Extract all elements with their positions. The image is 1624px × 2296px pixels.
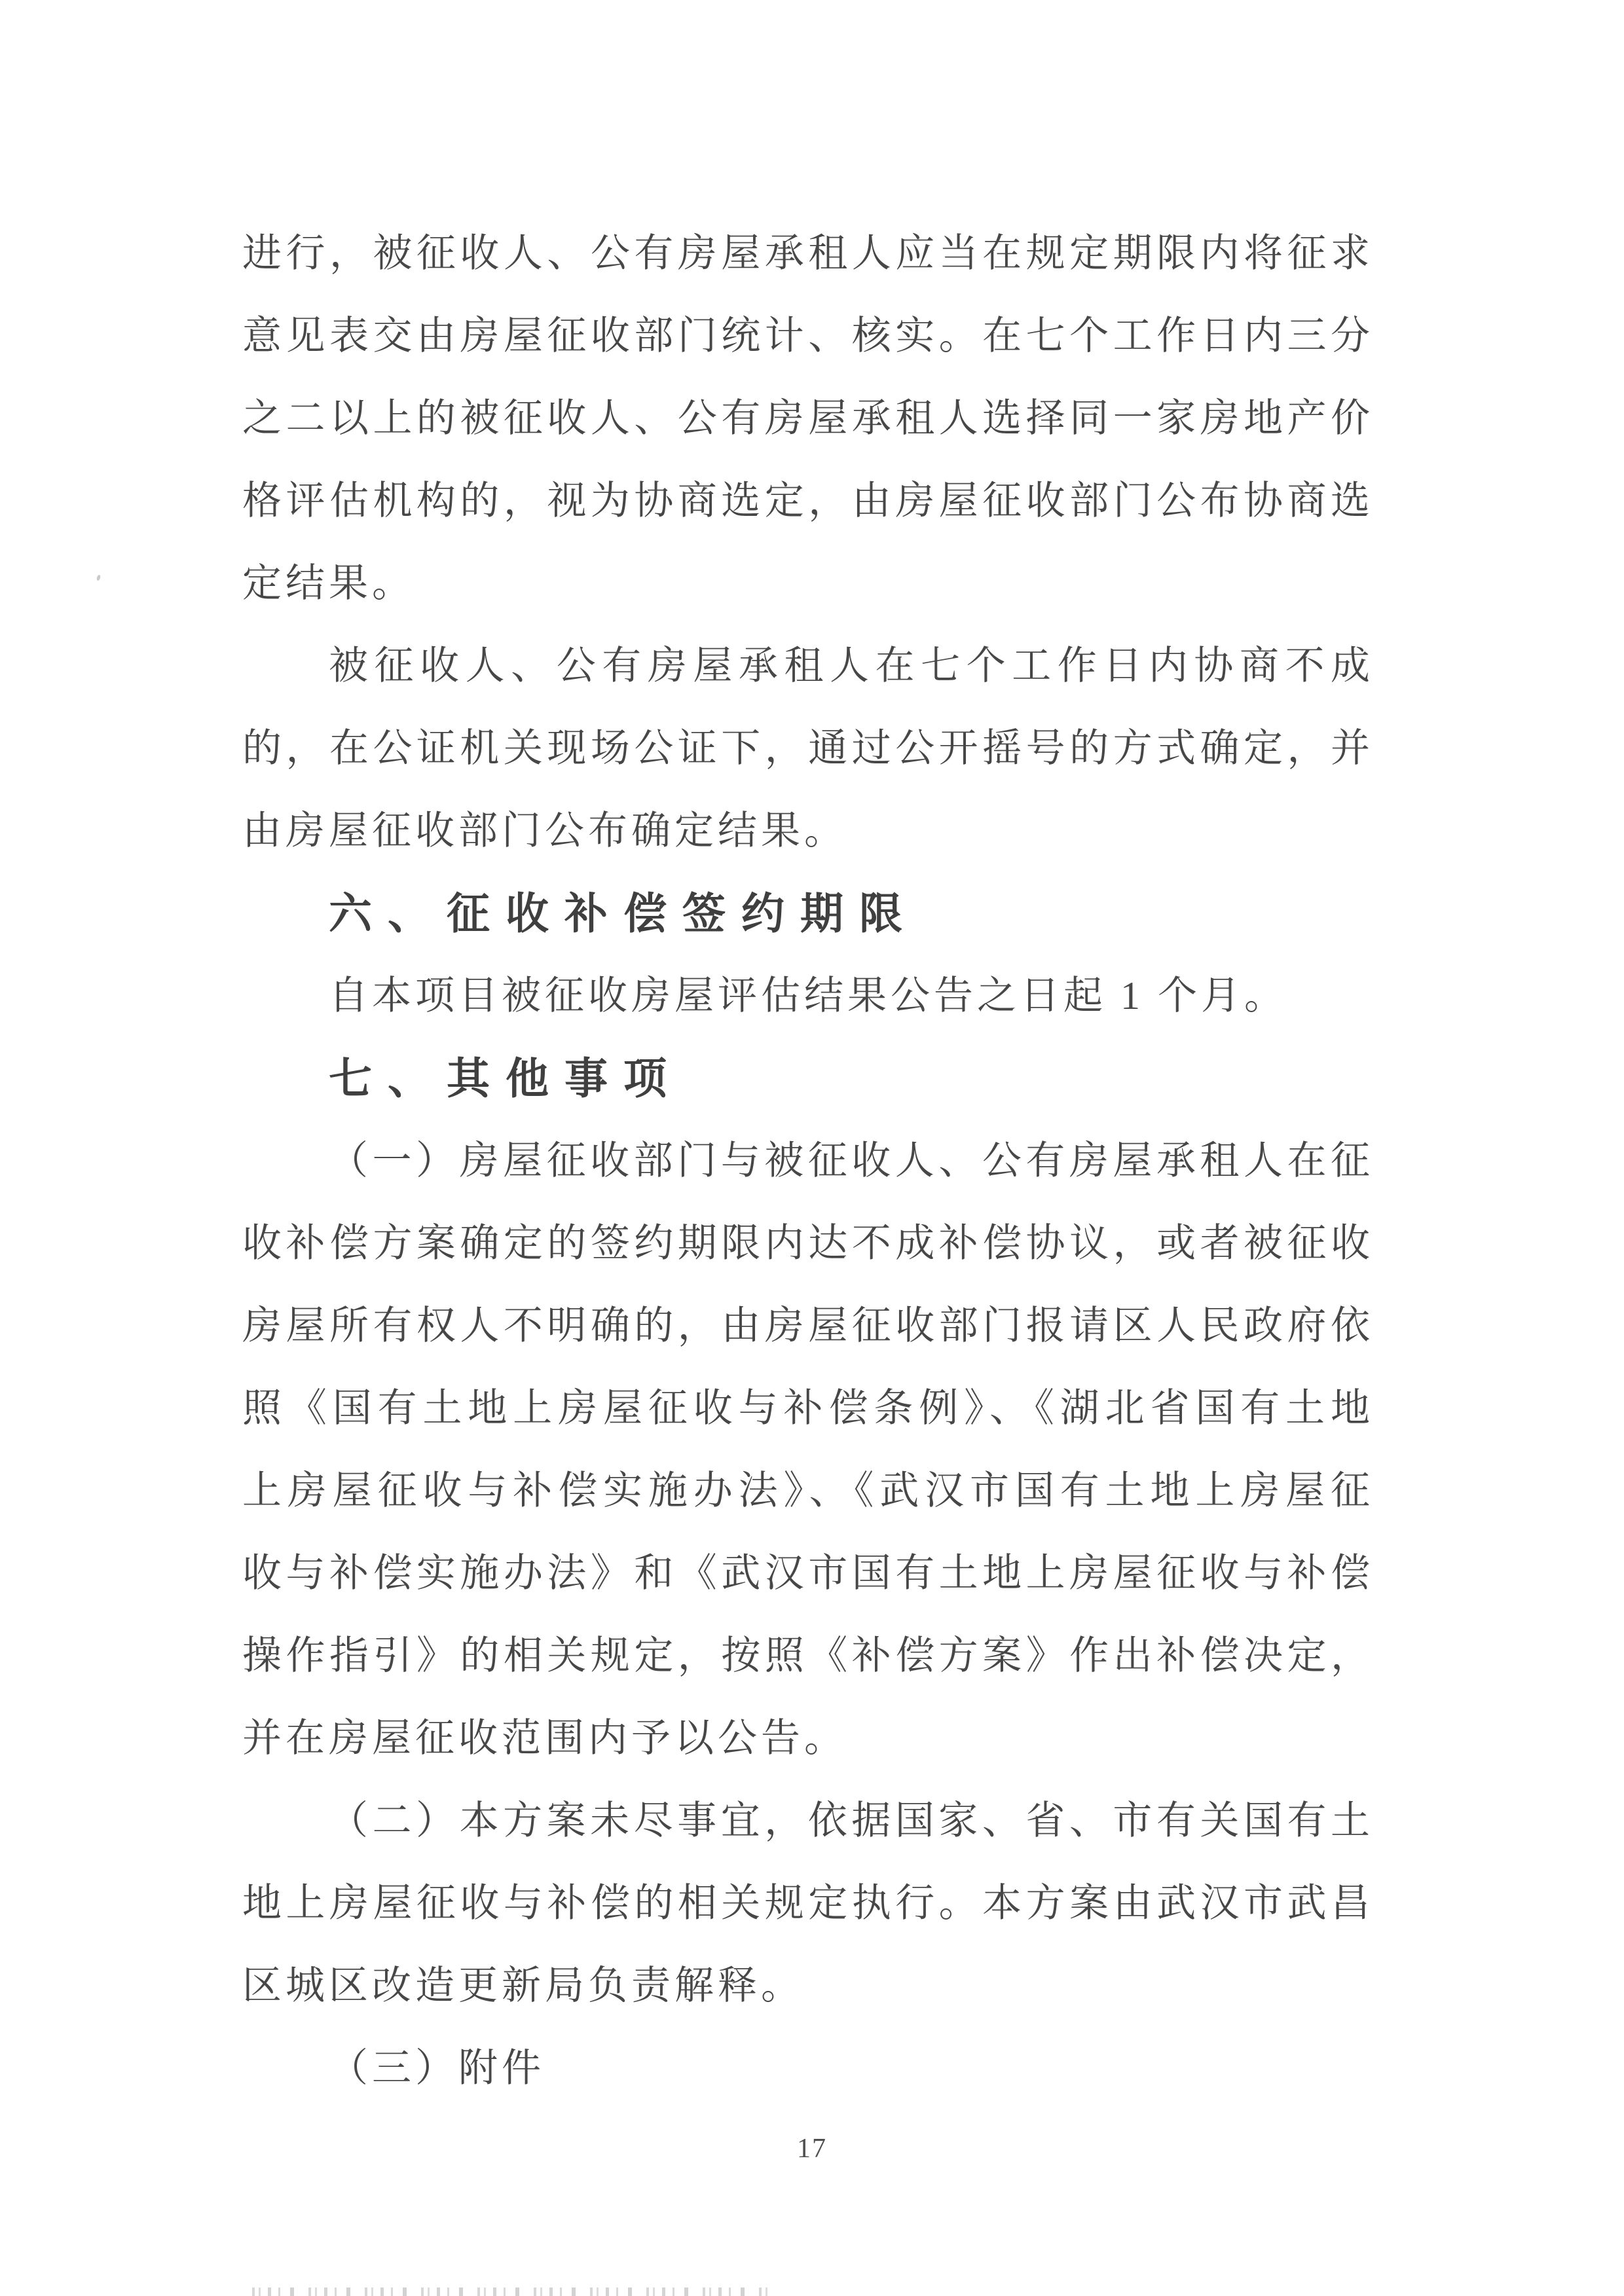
scanned-document-page: 进行，被征收人、公有房屋承租人应当在规定期限内将征求 意见表交由房屋征收部门统计… [0, 0, 1624, 2296]
section-heading: 六、征收补偿签约期限 [242, 872, 1373, 955]
page-number: 17 [0, 2129, 1624, 2168]
text-line: 收与补偿实施办法》和《武汉市国有土地上房屋征收与补偿 [242, 1532, 1373, 1614]
text-line: 进行，被征收人、公有房屋承租人应当在规定期限内将征求 [242, 212, 1373, 295]
text-line: 格评估机构的，视为协商选定，由房屋征收部门公布协商选 [242, 460, 1373, 542]
text-line: 房屋所有权人不明确的，由房屋征收部门报请区人民政府依 [242, 1285, 1373, 1367]
text-line: 自本项目被征收房屋评估结果公告之日起 1 个月。 [242, 955, 1373, 1037]
section-heading: 七、其他事项 [242, 1037, 1373, 1120]
document-text-block: 进行，被征收人、公有房屋承租人应当在规定期限内将征求 意见表交由房屋征收部门统计… [242, 212, 1373, 2109]
text-line: 意见表交由房屋征收部门统计、核实。在七个工作日内三分 [242, 295, 1373, 377]
text-line: 操作指引》的相关规定，按照《补偿方案》作出补偿决定， [242, 1614, 1373, 1697]
text-line: （三）附件 [242, 2027, 1373, 2109]
text-line: 区城区改造更新局负责解释。 [242, 1944, 1373, 2027]
text-line: 收补偿方案确定的签约期限内达不成补偿协议，或者被征收 [242, 1202, 1373, 1285]
text-line: 照《国有土地上房屋征收与补偿条例》、《湖北省国有土地 [242, 1367, 1373, 1449]
text-line: 地上房屋征收与补偿的相关规定执行。本方案由武汉市武昌 [242, 1862, 1373, 1944]
text-line: 被征收人、公有房屋承租人在七个工作日内协商不成 [242, 625, 1373, 707]
text-line: 之二以上的被征收人、公有房屋承租人选择同一家房地产价 [242, 377, 1373, 460]
text-line: 上房屋征收与补偿实施办法》、《武汉市国有土地上房屋征 [242, 1449, 1373, 1532]
scan-artifact-cutoff-text [252, 2287, 769, 2296]
text-line: 的，在公证机关现场公证下，通过公开摇号的方式确定，并 [242, 707, 1373, 790]
text-line: 由房屋征收部门公布确定结果。 [242, 790, 1373, 872]
text-line: （二）本方案未尽事宜，依据国家、省、市有关国有土 [242, 1779, 1373, 1862]
text-line: 定结果。 [242, 542, 1373, 625]
scan-artifact-speck [96, 574, 101, 581]
text-line: 并在房屋征收范围内予以公告。 [242, 1697, 1373, 1779]
text-line: （一）房屋征收部门与被征收人、公有房屋承租人在征 [242, 1120, 1373, 1202]
